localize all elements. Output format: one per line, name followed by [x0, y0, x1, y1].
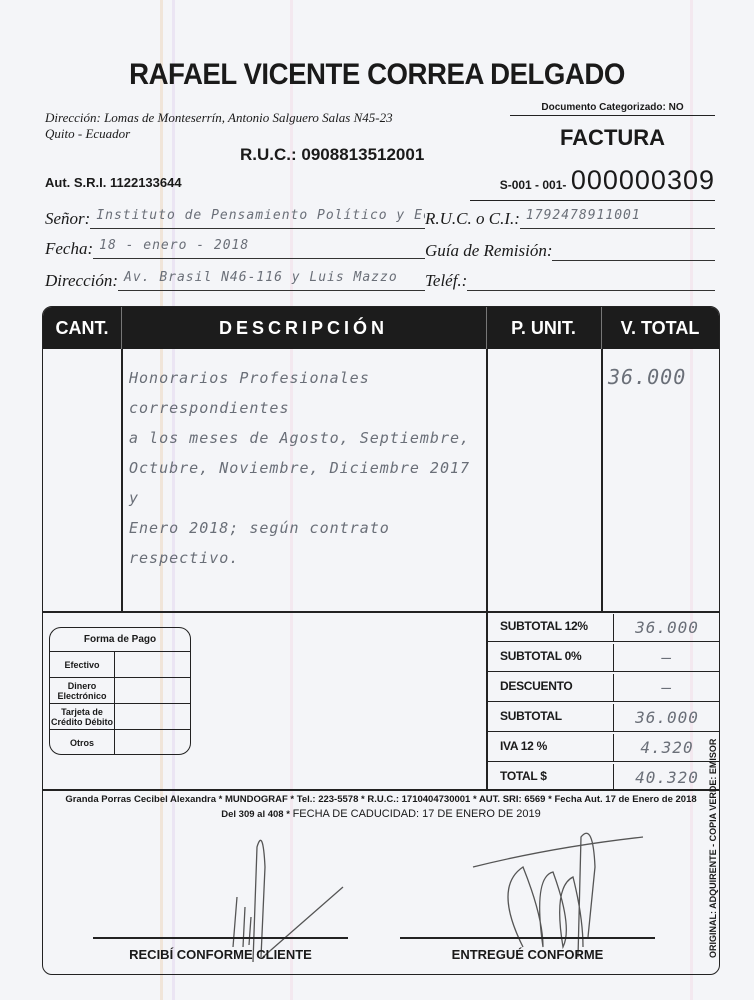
total-value[interactable]: 36.000	[613, 704, 720, 731]
fecha-value[interactable]: 18 - enero - 2018	[93, 238, 425, 259]
total-value[interactable]: —	[613, 674, 720, 701]
payment-method-label: Dinero Electrónico	[50, 678, 115, 703]
table-header: CANT. DESCRIPCIÓN P. UNIT. V. TOTAL	[43, 307, 719, 349]
telef-field: Teléf.:	[425, 270, 715, 291]
copy-distribution-note: ORIGINAL: ADQUIRENTE - COPIA VERDE: EMIS…	[708, 698, 724, 958]
total-label: DESCUENTO	[500, 679, 572, 693]
issuer-signature-icon	[453, 827, 653, 967]
fecha-field: Fecha: 18 - enero - 2018	[45, 238, 425, 259]
issuer-address-line2: Quito - Ecuador	[45, 126, 393, 142]
expiry-date: FECHA DE CADUCIDAD: 17 DE ENERO DE 2019	[293, 808, 541, 820]
total-row-descuento: DESCUENTO —	[488, 671, 719, 701]
issuer-name: RAFAEL VICENTE CORREA DELGADO	[30, 58, 724, 92]
line-item-description[interactable]: Honorarios Profesionales correspondiente…	[129, 363, 479, 573]
line-item-v-total[interactable]: 36.000	[608, 365, 686, 389]
client-signature-line	[93, 937, 348, 939]
printer-range: Del 309 al 408 *	[221, 809, 290, 820]
invoice-number-value: 000000309	[571, 165, 715, 195]
total-value[interactable]: 36.000	[613, 614, 720, 641]
total-row-iva: IVA 12 % 4.320	[488, 731, 719, 761]
payment-method-label: Efectivo	[50, 652, 115, 677]
description-line: Honorarios Profesionales correspondiente…	[129, 363, 479, 423]
total-label: SUBTOTAL 0%	[500, 649, 581, 663]
client-signature-icon	[193, 827, 373, 967]
ruc-ci-field: R.U.C. o C.I.: 1792478911001	[425, 208, 715, 229]
issuer-address-line1: Dirección: Lomas de Monteserrín, Antonio…	[45, 110, 393, 126]
fecha-label: Fecha:	[45, 239, 93, 259]
total-label: SUBTOTAL	[500, 709, 562, 723]
printer-line1: Granda Porras Cecibel Alexandra * MUNDOG…	[43, 793, 719, 807]
header-descripcion: DESCRIPCIÓN	[121, 307, 487, 349]
divider	[601, 349, 603, 611]
total-row-subtotal-0: SUBTOTAL 0% —	[488, 641, 719, 671]
divider	[121, 349, 123, 611]
issuer-signature-line	[400, 937, 655, 939]
invoice-number: S-001 - 001- 000000309	[470, 165, 715, 201]
issuer-address: Dirección: Lomas de Monteserrín, Antonio…	[45, 110, 393, 142]
senor-value[interactable]: Instituto de Pensamiento Político y Econ…	[90, 208, 425, 229]
senor-field: Señor: Instituto de Pensamiento Político…	[45, 208, 425, 229]
direccion-value[interactable]: Av. Brasil N46-116 y Luis Mazzo	[118, 270, 425, 291]
total-label: IVA 12 %	[500, 739, 547, 753]
guia-label: Guía de Remisión:	[425, 241, 552, 261]
header-p-unit: P. UNIT.	[486, 307, 602, 349]
document-type: FACTURA	[510, 125, 715, 151]
description-line: Enero 2018; según contrato	[129, 513, 479, 543]
printer-info: Granda Porras Cecibel Alexandra * MUNDOG…	[43, 793, 719, 822]
issuer-signature-label: ENTREGUÉ CONFORME	[400, 947, 655, 962]
payment-method-label: Otros	[50, 730, 115, 755]
total-row-total: TOTAL $ 40.320	[488, 761, 719, 791]
ruc-ci-label: R.U.C. o C.I.:	[425, 209, 520, 229]
total-label: SUBTOTAL 12%	[500, 619, 588, 633]
total-row-subtotal: SUBTOTAL 36.000	[488, 701, 719, 731]
payment-row[interactable]: Dinero Electrónico	[50, 678, 190, 704]
guia-field: Guía de Remisión:	[425, 240, 715, 261]
header-v-total: V. TOTAL	[601, 307, 719, 349]
total-value[interactable]: 40.320	[613, 764, 720, 791]
document-categorized: Documento Categorizado: NO	[510, 102, 715, 116]
telef-value[interactable]	[467, 270, 715, 291]
payment-row[interactable]: Efectivo	[50, 652, 190, 678]
payment-method-box: Forma de Pago Efectivo Dinero Electrónic…	[49, 627, 191, 755]
aut-sri: Aut. S.R.I. 1122133644	[45, 175, 182, 190]
payment-method-label: Tarjeta de Crédito Débito	[50, 704, 115, 729]
total-label: TOTAL $	[500, 769, 547, 783]
client-signature-label: RECIBÍ CONFORME CLIENTE	[93, 947, 348, 962]
invoice-table: CANT. DESCRIPCIÓN P. UNIT. V. TOTAL Hono…	[42, 306, 720, 975]
total-value[interactable]: 4.320	[613, 734, 720, 761]
description-line: a los meses de Agosto, Septiembre,	[129, 423, 479, 453]
header-cant: CANT.	[43, 307, 122, 349]
issuer-ruc: R.U.C.: 0908813512001	[240, 145, 424, 165]
series-prefix: S-001 - 001-	[500, 178, 567, 192]
ruc-ci-value[interactable]: 1792478911001	[520, 208, 715, 229]
description-line: Octubre, Noviembre, Diciembre 2017 y	[129, 453, 479, 513]
total-value[interactable]: —	[613, 644, 720, 671]
payment-row[interactable]: Otros	[50, 730, 190, 755]
direccion-field: Dirección: Av. Brasil N46-116 y Luis Maz…	[45, 270, 425, 291]
telef-label: Teléf.:	[425, 271, 467, 291]
payment-title: Forma de Pago	[50, 628, 190, 652]
payment-row[interactable]: Tarjeta de Crédito Débito	[50, 704, 190, 730]
total-row-subtotal-12: SUBTOTAL 12% 36.000	[488, 611, 719, 641]
direccion-label: Dirección:	[45, 271, 118, 291]
guia-value[interactable]	[552, 240, 715, 261]
senor-label: Señor:	[45, 209, 90, 229]
description-line: respectivo.	[129, 543, 479, 573]
